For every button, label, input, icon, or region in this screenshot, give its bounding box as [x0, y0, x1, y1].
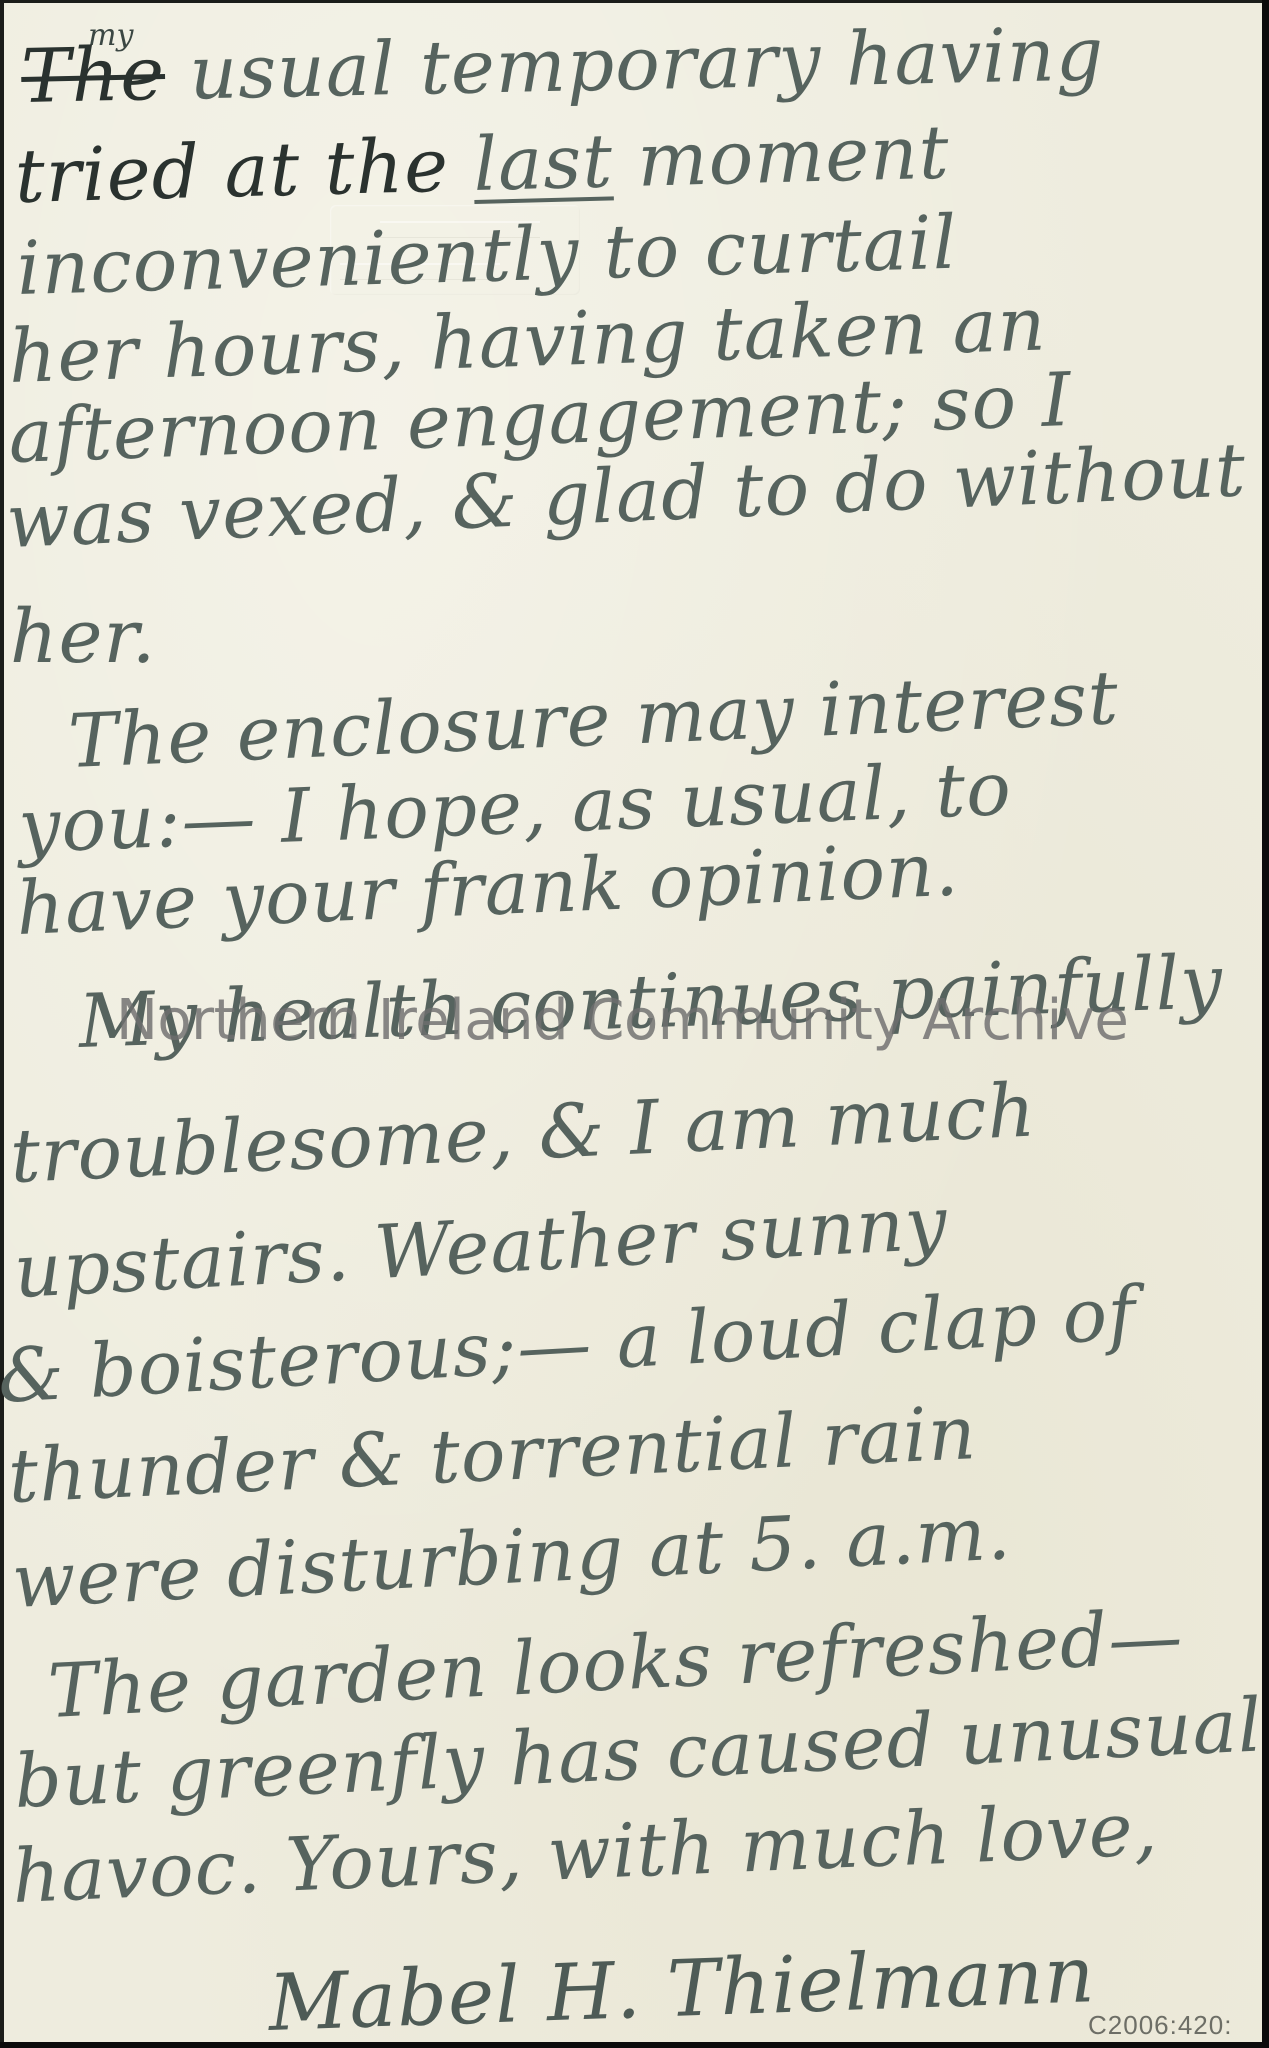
line-text: tried at the	[14, 123, 450, 220]
line-text: moment	[636, 110, 950, 204]
letter-line-16: were disturbing at 5. a.m.	[10, 1496, 1012, 1619]
letter-line-1: The usual temporary having	[20, 17, 1104, 114]
letter-line-15: thunder & torrential rain	[7, 1396, 979, 1514]
letter-page: my The usual temporary having tried at t…	[0, 0, 1269, 2048]
signature: Mabel H. Thielmann	[267, 1936, 1096, 2043]
underlined-word: last	[472, 118, 614, 208]
watermark: Northern Ireland Community Archive	[116, 988, 1128, 1053]
reference-number: C2006:420:	[1088, 2010, 1232, 2041]
letter-line-12: troublesome, & I am much	[9, 1074, 1038, 1194]
letter-line-2: tried at the last moment	[14, 116, 950, 214]
letter-line-7: her.	[10, 600, 156, 674]
struck-word: The	[20, 31, 166, 120]
line-text: usual temporary having	[189, 11, 1105, 116]
